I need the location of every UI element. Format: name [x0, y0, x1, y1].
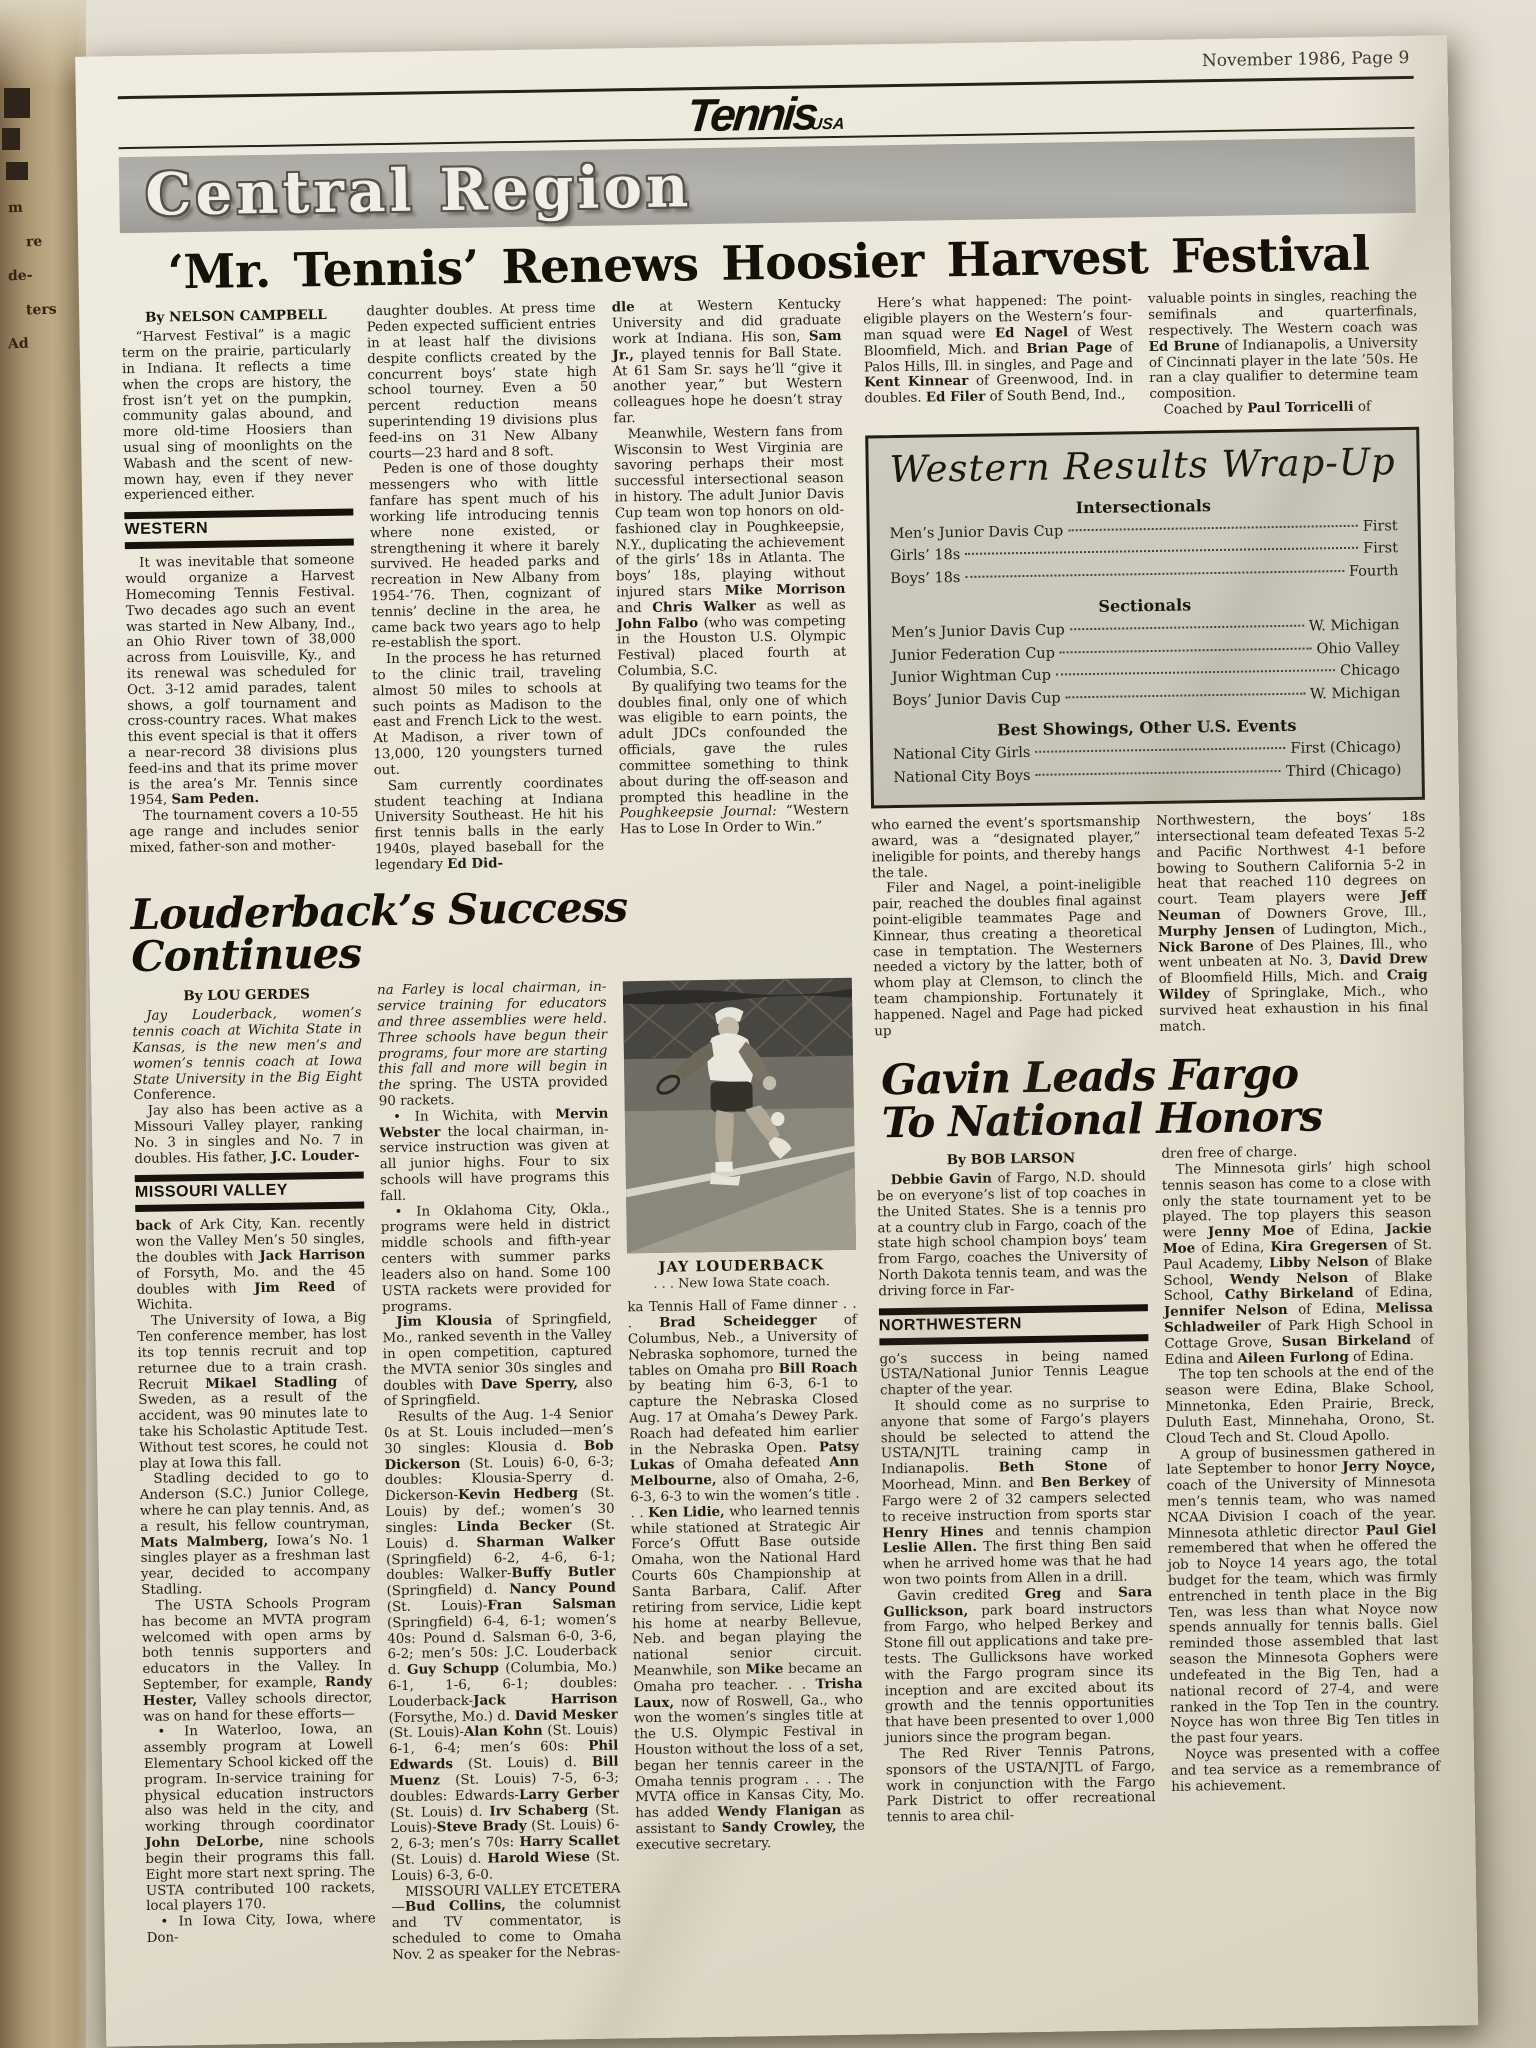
results-row-label: Junior Federation Cup — [891, 642, 1055, 667]
adjacent-page-text: de- — [8, 268, 33, 285]
paragraph: By qualifying two teams for the doubles … — [618, 677, 850, 839]
dotted-leader — [1060, 647, 1312, 653]
article-column: ka Tennis Hall of Fame dinner . . . Brad… — [627, 1297, 865, 1854]
results-box-sections: IntersectionalsMen’s Junior Davis CupFir… — [889, 493, 1402, 789]
results-row-value: Fourth — [1349, 560, 1399, 583]
paragraph: dle at Western Kentucky University and d… — [612, 297, 843, 427]
results-row-label: National City Boys — [893, 765, 1030, 790]
adjacent-page-text: re — [26, 234, 43, 251]
logo-sub: USA — [810, 116, 845, 134]
article-column: By BOB LARSONDebbie Gavin of Fargo, N.D.… — [876, 1147, 1156, 1826]
paragraph: • In Oklahoma City, Okla., programs were… — [380, 1201, 611, 1315]
paragraph: Results of the Aug. 1-4 Senior 0s at St.… — [384, 1407, 621, 1885]
article-column: valuable points in singles, reaching the… — [1148, 288, 1419, 419]
results-row-label: Men’s Junior Davis Cup — [891, 620, 1065, 645]
paragraph: In the process he has returned to the cl… — [372, 649, 603, 779]
paragraph: Debbie Gavin of Fargo, N.D. should be on… — [877, 1169, 1148, 1300]
photo-caption-name: JAY LOUDERBACK — [627, 1256, 857, 1277]
page-body: By NELSON CAMPBELL“Harvest Festival” is … — [121, 288, 1443, 1967]
paragraph: Filer and Nagel, a point-ineligible pair… — [872, 878, 1144, 1040]
paragraph: go’s success in being named USTA/Nationa… — [879, 1348, 1149, 1400]
dotted-leader — [1066, 692, 1305, 698]
paragraph: The top ten schools at the end of the se… — [1165, 1364, 1435, 1447]
headline-gavin-line2: To National Honors — [881, 1094, 1430, 1145]
adjacent-page-edge: mrede-tersAd — [0, 0, 86, 2048]
paragraph: The Minnesota girls’ high school tennis … — [1162, 1159, 1434, 1369]
headline-mr-tennis: ‘Mr. Tennis’ Renews Hoosier Harvest Fest… — [120, 229, 1417, 299]
mr-tennis-columns: By NELSON CAMPBELL“Harvest Festival” is … — [121, 297, 850, 877]
headline-gavin: Gavin Leads Fargo To National Honors — [881, 1051, 1430, 1145]
right-zone: Here’s what happened: The point-eligible… — [863, 288, 1443, 1956]
article-column: who earned the event’s sportsmanship awa… — [871, 814, 1144, 1040]
dotted-leader — [965, 547, 1358, 555]
results-row-label: Boys’ Junior Davis Cup — [892, 687, 1061, 712]
results-row-label: Men’s Junior Davis Cup — [889, 520, 1063, 545]
paragraph: Coached by Paul Torricelli of — [1150, 399, 1419, 419]
adjacent-page-text: ters — [26, 301, 57, 318]
article-column-with-photo: JAY LOUDERBACK . . . New Iowa State coac… — [622, 976, 867, 1960]
paragraph: Sam currently coordinates student teachi… — [374, 775, 605, 873]
article-column: Here’s what happened: The point-eligible… — [863, 293, 1134, 424]
paragraph: Meanwhile, Western fans from Wisconsin t… — [614, 424, 847, 681]
paragraph: Jay Louderback, women’s tennis coach at … — [132, 1006, 363, 1104]
section-header: WESTERN — [124, 509, 354, 550]
paragraph: A group of businessmen gathered in late … — [1166, 1443, 1440, 1748]
article-column: By NELSON CAMPBELL“Harvest Festival” is … — [121, 305, 359, 878]
results-box-title: Western Results Wrap-Up — [888, 440, 1397, 491]
results-row-value: First — [1363, 515, 1398, 538]
paragraph: Gavin credited Greg and Sara Gullickson,… — [883, 1585, 1155, 1747]
results-row-value: W. Michigan — [1310, 682, 1401, 706]
paragraph: MISSOURI VALLEY ETCETERA—Bud Collins, th… — [391, 1881, 621, 1964]
adjacent-page-text: Ad — [8, 336, 29, 353]
photo-image — [622, 978, 856, 1254]
paragraph: Peden is one of those doughty messengers… — [369, 459, 601, 652]
louderback-columns: By LOU GERDESJay Louderback, women’s ten… — [132, 976, 867, 1968]
dotted-leader — [1068, 525, 1358, 532]
left-zone: By NELSON CAMPBELL“Harvest Festival” is … — [121, 297, 867, 1967]
paragraph: It should come as no surprise to anyone … — [880, 1395, 1152, 1589]
section-header: NORTHWESTERN — [879, 1304, 1149, 1345]
paragraph: ka Tennis Hall of Fame dinner . . . Brad… — [627, 1297, 865, 1854]
adjacent-page-text: m — [8, 200, 23, 217]
paragraph: na Farley is local chairman, in-service … — [377, 980, 608, 1110]
results-row-label: Girls’ 18s — [890, 544, 961, 568]
newspaper-page: November 1986, Page 9 TennisUSA Central … — [75, 35, 1478, 2046]
dotted-leader — [1035, 770, 1280, 776]
banner-title: Central Region — [145, 157, 693, 224]
byline: By NELSON CAMPBELL — [121, 307, 350, 327]
mr-tennis-right-top: Here’s what happened: The point-eligible… — [863, 288, 1419, 423]
paragraph: valuable points in singles, reaching the… — [1148, 288, 1419, 403]
paragraph: who earned the event’s sportsmanship awa… — [871, 814, 1141, 881]
screenshot-root: { "page": { "issue": "November 1986, Pag… — [0, 0, 1536, 2048]
adjacent-page-artifact — [4, 88, 30, 118]
article-column: By LOU GERDESJay Louderback, women’s ten… — [132, 984, 377, 1968]
dotted-leader — [1070, 625, 1304, 631]
paragraph: Northwestern, the boys’ 18s intersection… — [1156, 810, 1429, 1036]
headline-louderback: Louderback’s Success Continues — [130, 882, 851, 979]
paragraph: • In Waterloo, Iowa, an assembly program… — [143, 1722, 375, 1915]
paragraph: Stadling decided to go to Anderson (S.C.… — [139, 1469, 370, 1599]
article-column: Northwestern, the boys’ 18s intersection… — [1156, 810, 1429, 1036]
mr-tennis-right-bottom: who earned the event’s sportsmanship awa… — [871, 810, 1429, 1040]
results-row-value: Third (Chicago) — [1286, 759, 1402, 783]
western-results-box: Western Results Wrap-Up IntersectionalsM… — [865, 427, 1425, 809]
results-row-value: First (Chicago) — [1290, 736, 1401, 760]
paragraph: “Harvest Festival” is a magic term on th… — [121, 327, 353, 505]
paragraph: • In Wichita, with Mervin Webster the lo… — [379, 1106, 610, 1204]
byline: By LOU GERDES — [132, 986, 361, 1006]
gavin-columns: By BOB LARSONDebbie Gavin of Fargo, N.D.… — [876, 1143, 1441, 1826]
results-row-label: Junior Wightman Cup — [892, 665, 1052, 690]
results-row-value: First — [1363, 537, 1398, 560]
article-column: na Farley is local chairman, in-service … — [377, 980, 622, 1964]
paragraph: The University of Iowa, a Big Ten confer… — [137, 1311, 369, 1473]
results-row-label: National City Girls — [893, 742, 1031, 767]
paragraph: Jay also has been active as a Missouri V… — [134, 1101, 364, 1168]
results-row-value: Ohio Valley — [1316, 637, 1399, 661]
results-row-label: Boys’ 18s — [890, 567, 960, 591]
dotted-leader — [1056, 669, 1335, 675]
paragraph: Here’s what happened: The point-eligible… — [863, 293, 1134, 408]
photo-caption-sub: . . . New Iowa State coach. — [627, 1274, 856, 1293]
section-header: MISSOURI VALLEY — [135, 1172, 365, 1213]
paragraph: • In Iowa City, Iowa, where Don- — [146, 1911, 376, 1946]
paragraph: Jim Klousia of Springfield, Mo., ranked … — [382, 1312, 613, 1410]
dotted-leader — [1035, 747, 1285, 753]
logo-word: Tennis — [685, 87, 818, 141]
paragraph: It was inevitable that someone would org… — [125, 553, 358, 810]
tennis-usa-logo: TennisUSA — [685, 90, 847, 139]
byline: By BOB LARSON — [876, 1149, 1145, 1169]
paragraph: The tournament covers a 10-55 age range … — [129, 806, 359, 857]
article-column: dle at Western Kentucky University and d… — [612, 297, 850, 870]
article-column: dren free of charge.The Minnesota girls’… — [1161, 1143, 1441, 1822]
results-row-value: Chicago — [1340, 659, 1400, 682]
paragraph: back of Ark City, Kan. recently won the … — [135, 1216, 366, 1314]
masthead: TennisUSA — [118, 76, 1415, 149]
adjacent-page-artifact — [2, 128, 20, 150]
paragraph: The Red River Tennis Patrons, sponsors o… — [886, 1743, 1156, 1826]
central-region-banner: Central Region — [119, 137, 1416, 233]
adjacent-page-artifact — [6, 162, 28, 180]
paragraph: The USTA Schools Program has become an M… — [141, 1595, 372, 1725]
article-column: daughter doubles. At press time Peden ex… — [366, 301, 604, 874]
paragraph: daughter doubles. At press time Peden ex… — [366, 301, 598, 463]
paragraph: Noyce was presented with a coffee and te… — [1171, 1744, 1441, 1796]
jay-louderback-photo — [622, 978, 856, 1254]
results-row-value: W. Michigan — [1309, 614, 1400, 638]
dotted-leader — [965, 570, 1344, 578]
